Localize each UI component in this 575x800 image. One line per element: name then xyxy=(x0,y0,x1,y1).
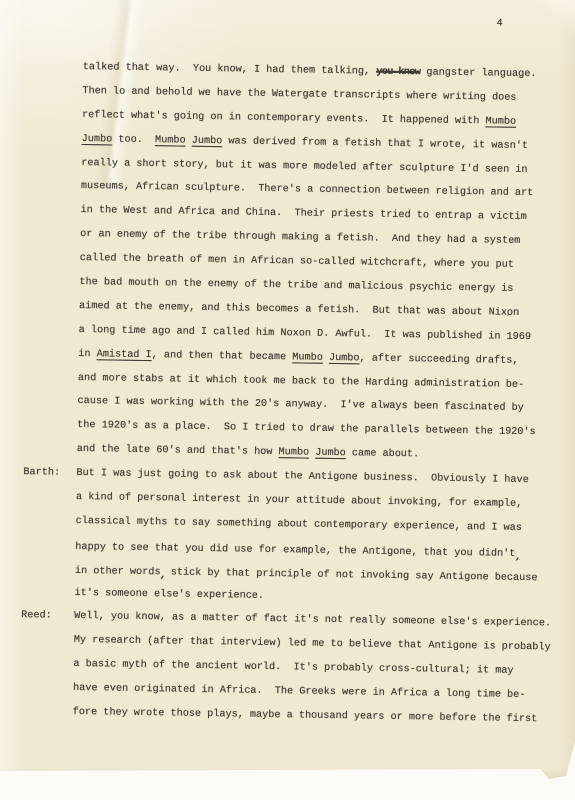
text-segment: But I was just going to ask about the An… xyxy=(76,468,529,486)
underlined-title-text: Mumbo xyxy=(155,135,186,146)
text-segment: cause I was working with the 20's anyway… xyxy=(77,396,523,414)
scanner-background: { "page": { "number": "4" }, "colors": {… xyxy=(0,0,575,800)
text-segment: and more stabs at it which took me back … xyxy=(78,373,524,391)
text-segment: My research (after that interview) led m… xyxy=(74,635,551,653)
text-segment: talked that way. You know, I had them ta… xyxy=(83,62,377,78)
speaker-label: Barth: xyxy=(23,461,60,485)
text-segment: , after succeeding drafts, xyxy=(359,353,518,366)
underlined-title-text: Jumbo xyxy=(192,135,223,146)
text-segment: , and then that became xyxy=(152,350,293,363)
underlined-title-text: Amistad I xyxy=(97,349,152,361)
text-segment: Well, you know, as a matter of fact it's… xyxy=(74,611,551,629)
page-number: 4 xyxy=(496,18,502,29)
handwritten-comma: , xyxy=(160,566,164,581)
struck-out-text: you know xyxy=(376,67,420,79)
text-segment: too. xyxy=(112,134,155,146)
text-segment: classical myths to say something about c… xyxy=(76,516,522,534)
text-segment: gangster language. xyxy=(420,67,536,80)
text-segment: happy to see that you did use for exampl… xyxy=(75,542,515,560)
underlined-title-text: Jumbo xyxy=(82,134,113,145)
underlined-title-text: Jumbo xyxy=(329,353,360,364)
text-segment: the bad mouth on the enemy of the tribe … xyxy=(79,277,513,295)
text-segment: in the West and Africa and China. Their … xyxy=(80,205,526,223)
text-segment: in xyxy=(78,349,97,360)
text-segment: a basic myth of the ancient world. It's … xyxy=(73,659,513,677)
text-segment: and the late 60's and that's how xyxy=(77,444,279,458)
text-segment: really a short story, but it was more mo… xyxy=(81,158,527,176)
text-segment: in other words xyxy=(75,566,161,578)
text-segment: aimed at the enemy, and this becomes a f… xyxy=(79,301,519,319)
paper-corner-highlight xyxy=(539,0,575,34)
underlined-title-text: Mumbo xyxy=(485,116,516,127)
text-segment: the 1920's as a place. So I tried to dra… xyxy=(77,420,536,438)
text-segment: have even originated in Africa. The Gree… xyxy=(73,683,526,701)
text-segment: museums, African sculpture. There's a co… xyxy=(81,181,534,199)
text-segment: came about. xyxy=(346,448,420,460)
underlined-title-text: Jumbo xyxy=(315,448,346,459)
text-segment: a kind of personal interest in your atti… xyxy=(76,492,522,510)
text-segment: it's someone else's experience. xyxy=(74,588,264,602)
underlined-title-text: Mumbo xyxy=(292,352,323,363)
text-segment: was derived from a fetish that I wrote, … xyxy=(222,136,528,152)
document-text: 4 talked that way. You know, I had them … xyxy=(72,56,567,732)
text-segment: a long time ago and I called him Noxon D… xyxy=(79,325,532,343)
text-segment: Then lo and behold we have the Watergate… xyxy=(82,86,516,104)
document-page: ' 4 talked that way. You know, I had the… xyxy=(0,0,575,780)
text-segment: called the breath of men in African so-c… xyxy=(80,253,514,271)
underlined-title-text: Mumbo xyxy=(278,447,309,458)
text-segment: or an enemy of the tribe through making … xyxy=(80,229,520,247)
handwritten-comma: , xyxy=(515,548,519,563)
text-segment: reflect what's going on in contemporary … xyxy=(82,110,486,127)
text-segment: fore they wrote those plays, maybe a tho… xyxy=(73,707,538,725)
text-segment: stick by that principle of not invoking … xyxy=(165,567,538,584)
speaker-label: Reed: xyxy=(21,605,52,629)
